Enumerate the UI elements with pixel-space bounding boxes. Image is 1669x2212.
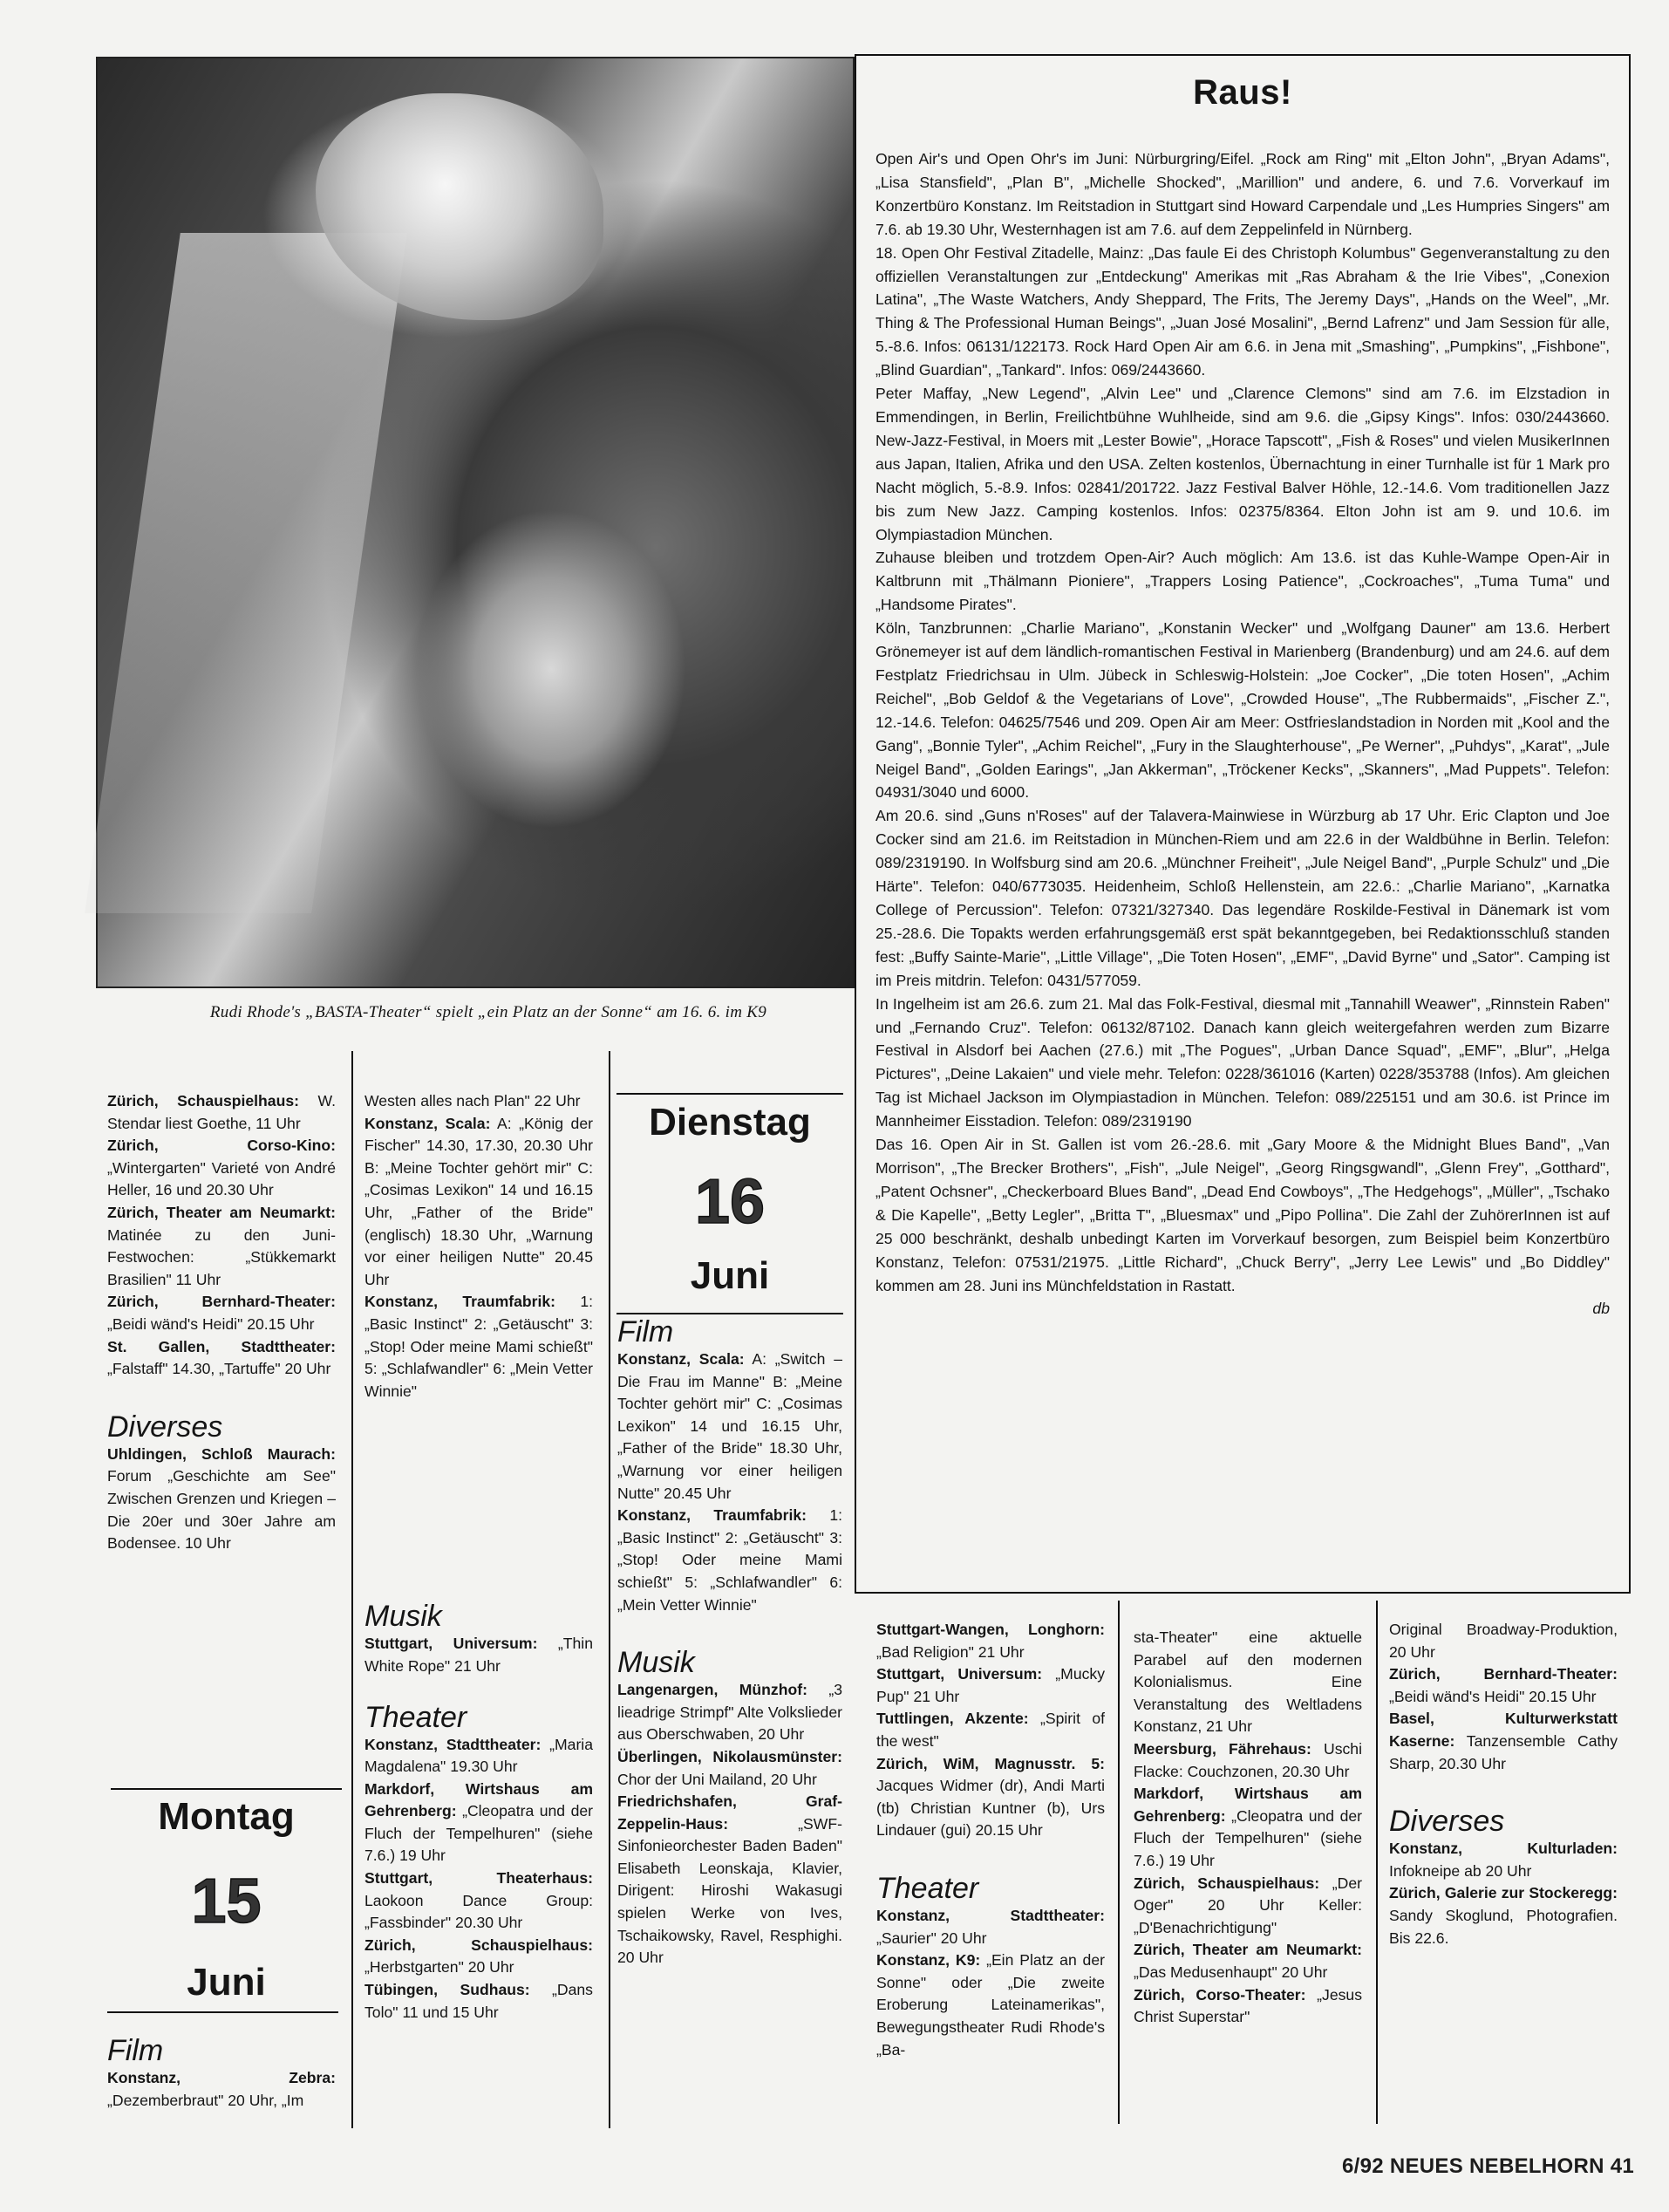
day-name: Montag (111, 1795, 342, 1839)
listing-entry: St. Gallen, Stadttheater: „Falstaff" 14.… (107, 1336, 336, 1381)
day-month: Juni (111, 1961, 342, 2004)
listing-entry: Zürich, Schauspielhaus: „Herbstgarten" 2… (364, 1935, 593, 1979)
section-heading-film: Film (617, 1315, 842, 1348)
column-1-film: Film Konstanz, Zebra: „Dezemberbraut" 20… (107, 2034, 336, 2112)
column-1: Zürich, Schauspielhaus: W. Stendar liest… (107, 1090, 336, 1555)
listing-entry: Zürich, Corso-Kino: „Wintergarten" Varie… (107, 1135, 336, 1202)
listing-entry: Stuttgart-Wangen, Longhorn: „Bad Religio… (876, 1619, 1105, 1663)
listing-entry: Konstanz, Zebra: „Dezemberbraut" 20 Uhr,… (107, 2067, 336, 2112)
raus-paragraph: 18. Open Ohr Festival Zitadelle, Mainz: … (875, 242, 1610, 382)
listing-entry: Markdorf, Wirtshaus am Gehrenberg: „Cleo… (1134, 1783, 1362, 1872)
listing-entry: Stuttgart, Theaterhaus: Laokoon Dance Gr… (364, 1867, 593, 1935)
listing-entry: Konstanz, Scala: A: „Switch – Die Frau i… (617, 1348, 842, 1505)
section-heading-musik: Musik (617, 1646, 842, 1679)
day-month: Juni (617, 1254, 843, 1298)
photo-veil (85, 233, 407, 913)
day-name: Dienstag (617, 1101, 843, 1144)
listing-entry: Konstanz, Stadttheater: „Maria Magdalena… (364, 1734, 593, 1778)
listing-entry: Zürich, Bernhard-Theater: „Beidi wänd's … (107, 1291, 336, 1335)
listing-continuation: sta-Theater" eine aktuelle Parabel auf d… (1134, 1627, 1362, 1738)
raus-body: Open Air's und Open Ohr's im Juni: Nürbu… (875, 147, 1610, 1321)
listing-entry: Stuttgart, Universum: „Mucky Pup" 21 Uhr (876, 1663, 1105, 1708)
listing-entry: Stuttgart, Universum: „Thin White Rope" … (364, 1633, 593, 1677)
column-rule (351, 1051, 353, 2128)
listing-entry: Zürich, Schauspielhaus: W. Stendar liest… (107, 1090, 336, 1135)
day-rule-top (111, 1788, 342, 1790)
column-4: Stuttgart-Wangen, Longhorn: „Bad Religio… (876, 1619, 1105, 2061)
section-heading-diverses: Diverses (1389, 1805, 1618, 1838)
feature-photo (96, 57, 855, 988)
column-rule (609, 1051, 610, 2128)
section-heading-theater: Theater (876, 1872, 1105, 1905)
listing-continuation: Original Broadway-Produktion, 20 Uhr (1389, 1619, 1618, 1663)
raus-paragraph: Zuhause bleiben und trotzdem Open-Air? A… (875, 546, 1610, 617)
section-heading-film: Film (107, 2034, 336, 2067)
column-rule (1376, 1601, 1378, 2124)
raus-title: Raus! (875, 73, 1610, 113)
raus-paragraph: Das 16. Open Air in St. Gallen ist vom 2… (875, 1133, 1610, 1297)
listing-entry: Konstanz, Scala: A: „König der Fischer" … (364, 1113, 593, 1292)
day-number: 15 (111, 1867, 342, 1936)
day-rule-top (617, 1093, 843, 1095)
listing-entry: Zürich, Theater am Neumarkt: Matinée zu … (107, 1202, 336, 1291)
column-rule (1118, 1601, 1120, 2124)
photo-caption: Rudi Rhode's „BASTA-Theater“ spielt „ein… (131, 1003, 846, 1022)
listing-entry: Zürich, Galerie zur Stockeregg: Sandy Sk… (1389, 1882, 1618, 1949)
raus-paragraph: Peter Maffay, „New Legend", „Alvin Lee" … (875, 382, 1610, 546)
raus-paragraph: Am 20.6. sind „Guns n'Roses" auf der Tal… (875, 804, 1610, 992)
day-rule-bottom (107, 2011, 338, 2013)
listing-entry: Konstanz, Kulturladen: Infokneipe ab 20 … (1389, 1838, 1618, 1882)
listing-entry: Uhldingen, Schloß Maurach: Forum „Geschi… (107, 1444, 336, 1555)
section-heading-musik: Musik (364, 1600, 593, 1633)
section-heading-theater: Theater (364, 1701, 593, 1734)
listing-entry: Zürich, Theater am Neumarkt: „Das Meduse… (1134, 1939, 1362, 1983)
column-5: sta-Theater" eine aktuelle Parabel auf d… (1134, 1627, 1362, 2029)
day-rule-bottom (617, 1313, 843, 1314)
day-header-monday: Montag 15 Juni (111, 1795, 342, 2004)
listing-entry: Friedrichshafen, Graf-Zeppelin-Haus: „SW… (617, 1791, 842, 1970)
page-footer: 6/92 NEUES NEBELHORN 41 (1342, 2154, 1634, 2179)
column-3: Film Konstanz, Scala: A: „Switch – Die F… (617, 1315, 842, 1970)
listing-entry: Zürich, Corso-Theater: „Jesus Christ Sup… (1134, 1984, 1362, 2029)
column-6: Original Broadway-Produktion, 20 Uhr Zür… (1389, 1619, 1618, 1949)
listing-entry: Tuttlingen, Akzente: „Spirit of the west… (876, 1708, 1105, 1752)
listing-entry: Markdorf, Wirtshaus am Gehrenberg: „Cleo… (364, 1778, 593, 1867)
listing-entry: Zürich, Bernhard-Theater: „Beidi wänd's … (1389, 1663, 1618, 1708)
listing-entry: Zürich, WiM, Magnusstr. 5: Jacques Widme… (876, 1753, 1105, 1842)
listing-entry: Zürich, Schauspielhaus: „Der Oger" 20 Uh… (1134, 1873, 1362, 1940)
raus-paragraph: Open Air's und Open Ohr's im Juni: Nürbu… (875, 147, 1610, 242)
section-heading-diverses: Diverses (107, 1410, 336, 1444)
column-2: Westen alles nach Plan" 22 Uhr Konstanz,… (364, 1090, 593, 2024)
listing-entry: Konstanz, Traumfabrik: 1: „Basic Instinc… (617, 1505, 842, 1616)
listing-entry: Überlingen, Nikolausmünster: Chor der Un… (617, 1746, 842, 1791)
raus-paragraph: Köln, Tanzbrunnen: „Charlie Mariano", „K… (875, 617, 1610, 804)
listing-entry: Tübingen, Sudhaus: „Dans Tolo" 11 und 15… (364, 1979, 593, 2024)
listing-entry: Meersburg, Fährehaus: Uschi Flacke: Couc… (1134, 1738, 1362, 1783)
listing-entry: Konstanz, Traumfabrik: 1: „Basic Instinc… (364, 1291, 593, 1403)
raus-signature: db (875, 1297, 1610, 1321)
raus-box: Raus! Open Air's und Open Ohr's im Juni:… (855, 54, 1631, 1594)
listing-continuation: Westen alles nach Plan" 22 Uhr (364, 1090, 593, 1113)
raus-paragraph: In Ingelheim ist am 26.6. zum 21. Mal da… (875, 993, 1610, 1133)
day-number: 16 (617, 1167, 843, 1237)
listing-entry: Konstanz, K9: „Ein Platz an der Sonne" o… (876, 1949, 1105, 2061)
listing-entry: Langenargen, Münzhof: „3 lieadrige Strim… (617, 1679, 842, 1746)
listing-entry: Konstanz, Stadttheater: „Saurier" 20 Uhr (876, 1905, 1105, 1949)
day-header-tuesday: Dienstag 16 Juni (617, 1101, 843, 1298)
listing-entry: Basel, Kulturwerkstatt Kaserne: Tanzense… (1389, 1708, 1618, 1775)
